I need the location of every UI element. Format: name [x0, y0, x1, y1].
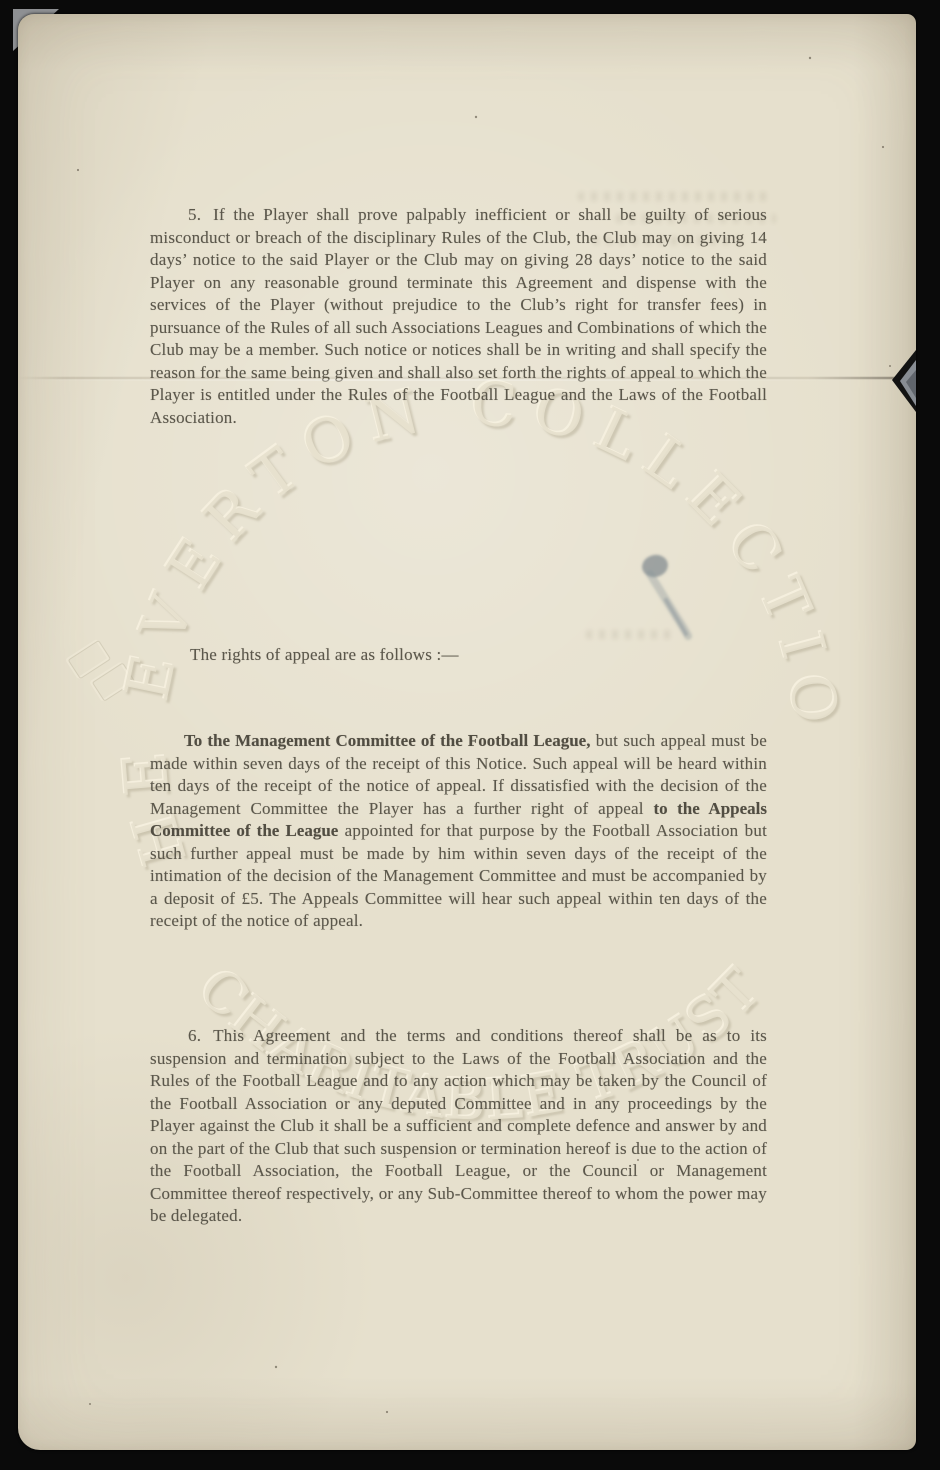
scan-background: THE EVERTON COLLECTION THE EVERTON COLLE…: [0, 0, 940, 1470]
clause-5-body: If the Player shall prove palpably ineff…: [150, 205, 767, 427]
clause-5-number: 5.: [188, 205, 213, 224]
appeal-paragraph: To the Management Committee of the Footb…: [150, 730, 767, 933]
clause-6-body: This Agreement and the terms and conditi…: [150, 1026, 767, 1225]
ink-stain: [640, 552, 688, 636]
fold-crease-highlight: [18, 379, 916, 381]
clause-5-paragraph: 5.If the Player shall prove palpably ine…: [150, 204, 767, 429]
appeal-rights-heading: The rights of appeal are as follows :—: [150, 644, 767, 667]
contract-page: THE EVERTON COLLECTION THE EVERTON COLLE…: [18, 14, 916, 1450]
clause-6-number: 6.: [188, 1026, 213, 1045]
edge-notch: [892, 350, 916, 412]
appeal-lead-blackletter: To the Management Committee of the Footb…: [184, 731, 590, 750]
clause-6-paragraph: 6.This Agreement and the terms and condi…: [150, 1025, 767, 1228]
embossed-tower-blocks: [66, 635, 134, 706]
